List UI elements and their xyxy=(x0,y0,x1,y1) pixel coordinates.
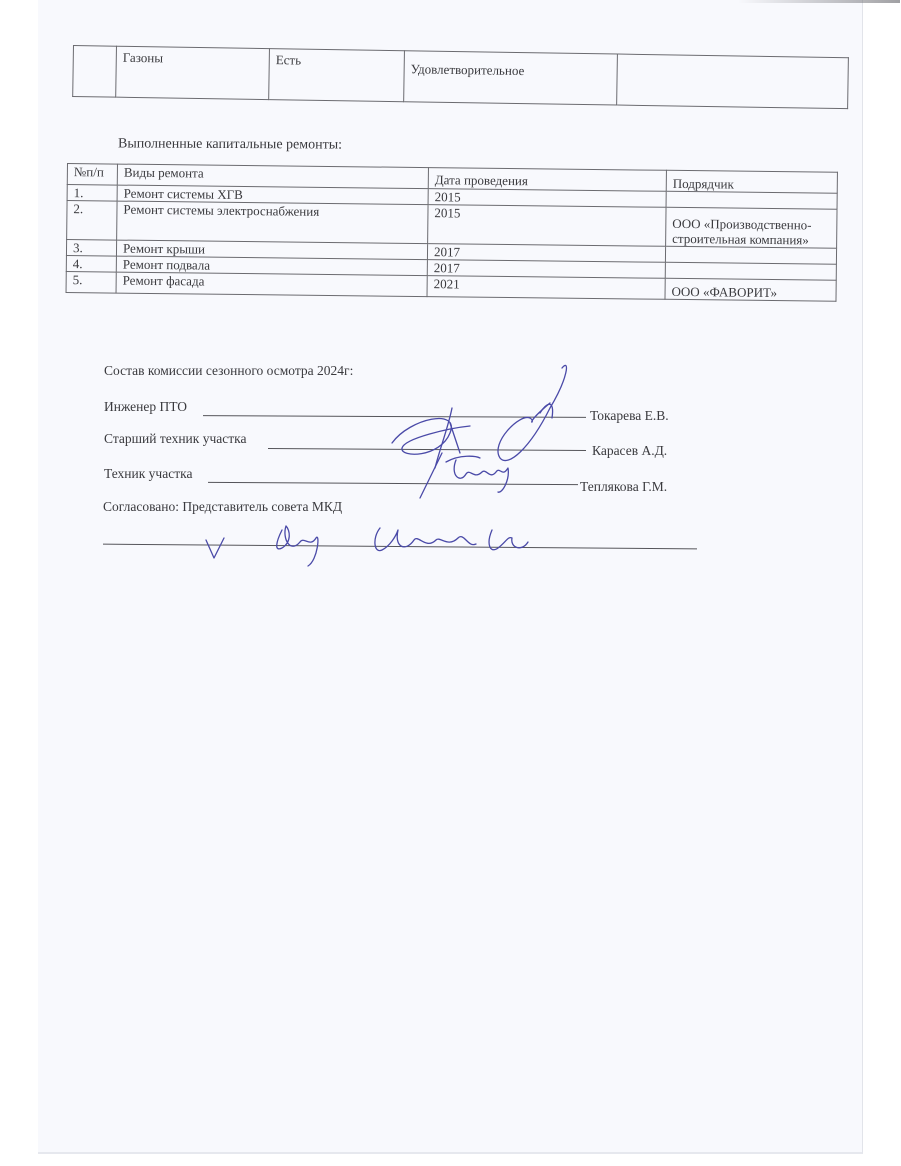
commission-title: Состав комиссии сезонного осмотра 2024г: xyxy=(104,363,353,379)
member-role: Инженер ПТО xyxy=(104,399,187,415)
signature-council-icon xyxy=(200,508,540,568)
cell-contractor: ООО «Производственно-строительная компан… xyxy=(666,207,837,248)
cell-presence: Есть xyxy=(269,49,405,102)
cell-num: 1. xyxy=(67,185,117,202)
member-name: Токарева Е.В. xyxy=(590,408,669,424)
cell-element: Газоны xyxy=(116,46,270,99)
member-role: Техник участка xyxy=(104,466,192,482)
cell-date: 2015 xyxy=(428,205,666,247)
cell-note xyxy=(617,54,849,109)
signature-technician-icon xyxy=(440,450,530,495)
cell-date: 2021 xyxy=(427,276,665,300)
header-date: Дата проведения xyxy=(428,168,666,192)
repairs-table: №п/п Виды ремонта Дата проведения Подряд… xyxy=(66,163,838,302)
member-name: Теплякова Г.М. xyxy=(580,479,667,495)
cell-condition: Удовлетворительное xyxy=(404,51,618,105)
member-role: Старший техник участка xyxy=(104,431,246,447)
cell-contractor: ООО «ФАВОРИТ» xyxy=(665,278,836,301)
cell-num: 5. xyxy=(66,271,116,293)
cell-contractor xyxy=(665,246,836,264)
header-num: №п/п xyxy=(67,164,117,186)
cell-contractor xyxy=(666,191,837,209)
cell-kind: Ремонт фасада xyxy=(116,272,427,297)
cell-contractor xyxy=(665,262,836,280)
cell-num: 3. xyxy=(66,240,116,257)
page-edge-shadow xyxy=(738,0,900,3)
cell-num: 4. xyxy=(66,255,116,272)
cell-num: 2. xyxy=(67,201,117,241)
repairs-heading: Выполненные капитальные ремонты: xyxy=(118,136,342,153)
header-contractor: Подрядчик xyxy=(666,170,837,193)
member-name: Карасев А.Д. xyxy=(592,443,667,459)
cell-kind: Ремонт системы электроснабжения xyxy=(117,201,428,244)
cell-num xyxy=(73,46,117,98)
